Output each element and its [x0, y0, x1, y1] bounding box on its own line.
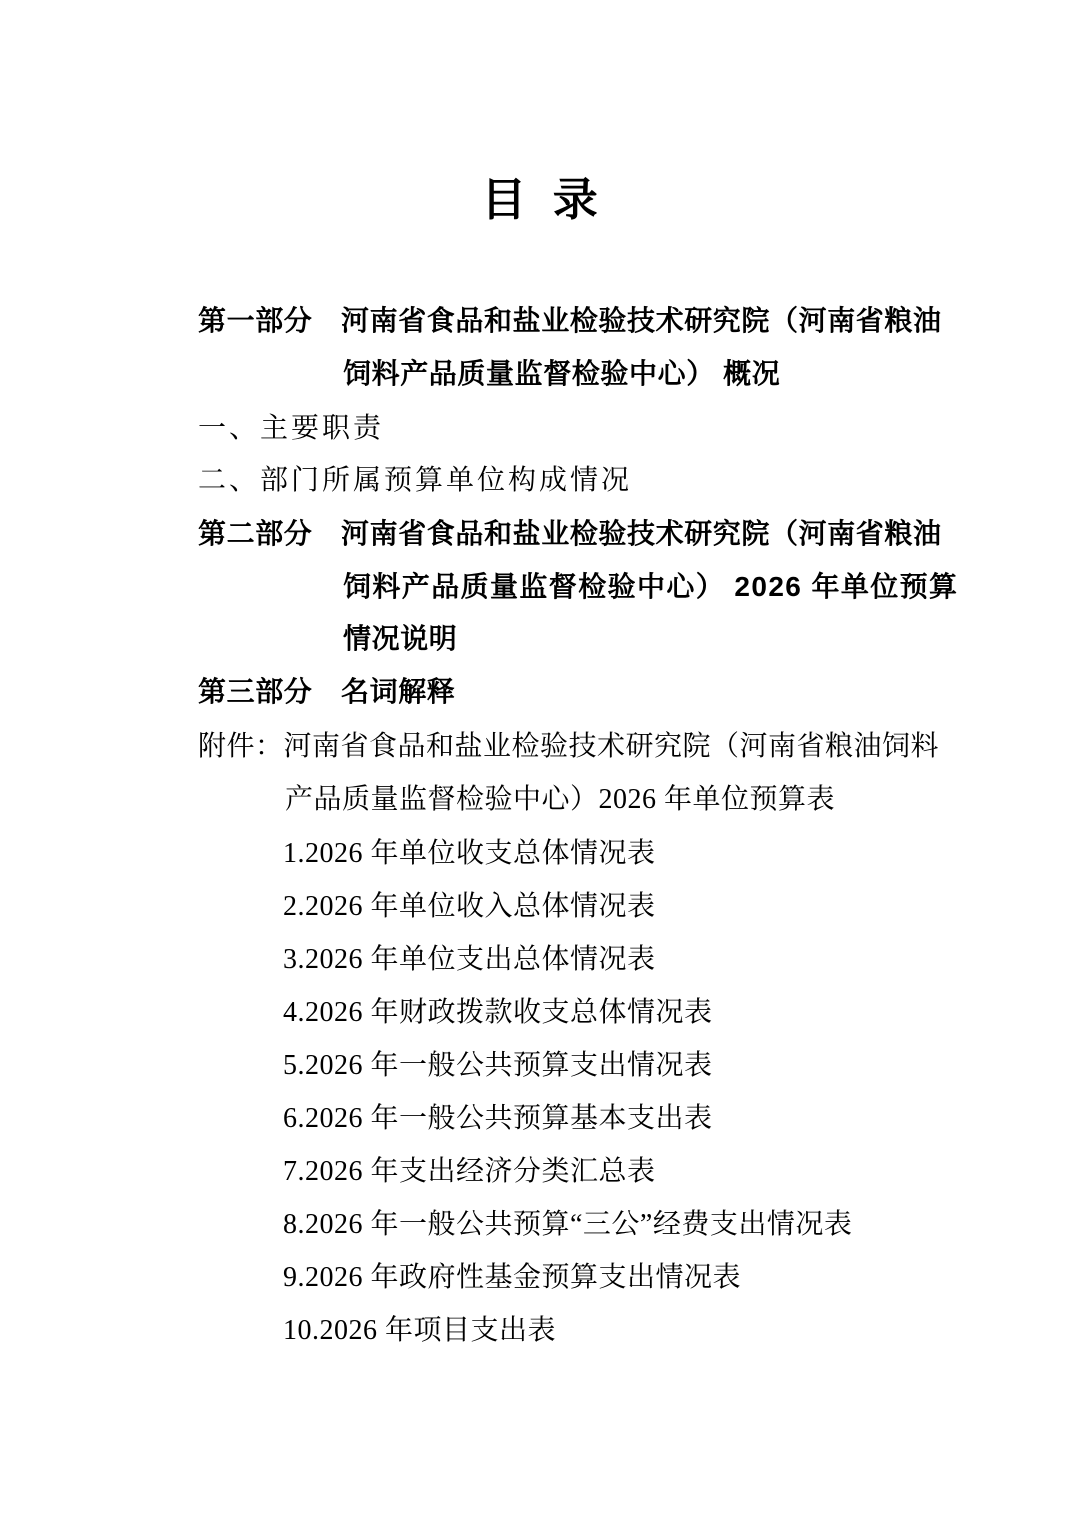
- toc-attachment-line2: 产品质量监督检验中心）2026 年单位预算表: [285, 782, 835, 818]
- toc-table-item-4: 4.2026 年财政拨款收支总体情况表: [283, 995, 713, 1031]
- toc-attachment-line1: 附件：河南省食品和盐业检验技术研究院（河南省粮油饲料: [198, 729, 939, 765]
- toc-part2-heading-line3: 情况说明: [343, 621, 457, 657]
- toc-part2-heading-line1: 第二部分 河南省食品和盐业检验技术研究院（河南省粮油: [198, 516, 942, 552]
- toc-table-item-8: 8.2026 年一般公共预算“三公”经费支出情况表: [283, 1207, 852, 1243]
- toc-table-item-5: 5.2026 年一般公共预算支出情况表: [283, 1048, 713, 1084]
- toc-table-item-7: 7.2026 年支出经济分类汇总表: [283, 1154, 656, 1190]
- toc-table-item-3: 3.2026 年单位支出总体情况表: [283, 942, 656, 978]
- toc-table-item-1: 1.2026 年单位收支总体情况表: [283, 836, 656, 872]
- toc-part2-heading-line2: 饲料产品质量监督检验中心） 2026 年单位预算: [343, 569, 958, 605]
- toc-table-item-6: 6.2026 年一般公共预算基本支出表: [283, 1101, 713, 1137]
- toc-part3-heading: 第三部分 名词解释: [198, 674, 455, 710]
- toc-part1-heading-line2: 饲料产品质量监督检验中心） 概况: [343, 356, 780, 392]
- toc-table-item-2: 2.2026 年单位收入总体情况表: [283, 889, 656, 925]
- toc-table-item-9: 9.2026 年政府性基金预算支出情况表: [283, 1260, 741, 1296]
- toc-table-item-10: 10.2026 年项目支出表: [283, 1313, 556, 1349]
- page-title: 目 录: [0, 172, 1080, 228]
- document-page: 目 录 第一部分 河南省食品和盐业检验技术研究院（河南省粮油 饲料产品质量监督检…: [0, 0, 1080, 1527]
- toc-part1-heading-line1: 第一部分 河南省食品和盐业检验技术研究院（河南省粮油: [198, 303, 942, 339]
- toc-item-budget-units: 二、部门所属预算单位构成情况: [198, 463, 632, 499]
- toc-item-main-duties: 一、主要职责: [198, 411, 384, 447]
